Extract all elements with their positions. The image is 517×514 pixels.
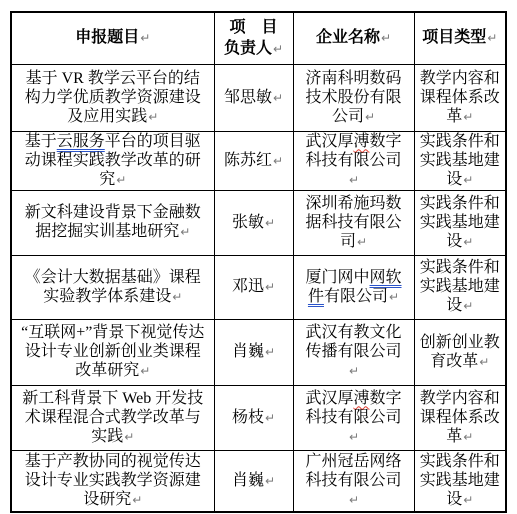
header-cell-type: 项目类型↵ bbox=[414, 12, 506, 64]
cell-title: 《会计大数据基础》课程实验教学体系建设↵ bbox=[11, 255, 214, 319]
text-segment: 杨枝 bbox=[232, 409, 264, 426]
text-segment: 教学内容和课程体系改革 bbox=[420, 70, 500, 125]
text-segment: 实践条件和实践基地建设 bbox=[420, 259, 500, 314]
text-segment: 济南科明数码技术股份有限公司 bbox=[305, 70, 401, 125]
paragraph-mark-icon: ↵ bbox=[365, 110, 375, 124]
cell-type: 实践条件和实践基地建设↵ bbox=[414, 255, 506, 319]
paragraph-mark-icon: ↵ bbox=[463, 430, 473, 444]
paragraph-mark-icon: ↵ bbox=[148, 110, 158, 124]
table-row: “互联网+”背景下视觉传达设计专业创新创业类课程改革研究↵肖巍↵武汉有教文化传播… bbox=[11, 319, 506, 385]
paragraph-mark-icon: ↵ bbox=[463, 299, 473, 313]
header-cell-leader: 项 目 负责人↵ bbox=[214, 12, 293, 64]
cell-leader: 邹思敏↵ bbox=[214, 64, 293, 131]
cell-company: 济南科明数码技术股份有限公司↵ bbox=[293, 64, 414, 131]
text-segment: 基于 bbox=[25, 133, 57, 150]
header-title-label: 申报题目 bbox=[75, 29, 139, 46]
text-segment: 基于 VR 教学云平台的结构力学优质教学资源建设及应用实践 bbox=[25, 70, 201, 125]
text-segment: 厦门网中 bbox=[305, 269, 369, 286]
paragraph-mark-icon: ↵ bbox=[140, 364, 150, 378]
cell-type: 实践条件和实践基地建设↵ bbox=[414, 190, 506, 255]
cell-company: 武汉有教文化传播有限公司↵ bbox=[293, 319, 414, 385]
paragraph-mark-icon: ↵ bbox=[265, 280, 275, 294]
cell-leader: 杨枝↵ bbox=[214, 385, 293, 450]
header-row: 申报题目↵ 项 目 负责人↵ 企业名称↵ 项目类型↵ bbox=[11, 12, 506, 64]
text-segment: 陈苏红 bbox=[224, 152, 272, 169]
cell-leader: 邓迅↵ bbox=[214, 255, 293, 319]
text-segment: 实践条件和实践基地建设 bbox=[420, 195, 500, 250]
text-segment: 武汉有教文化传播有限公司 bbox=[305, 324, 401, 360]
cell-leader: 陈苏红↵ bbox=[214, 131, 293, 190]
table-row: 《会计大数据基础》课程实验教学体系建设↵邓迅↵厦门网中网软件有限公司↵实践条件和… bbox=[11, 255, 506, 319]
paragraph-mark-icon: ↵ bbox=[349, 430, 359, 444]
text-segment: 基于产教协同的视觉传达设计专业实践教学资源建设研究 bbox=[25, 453, 201, 508]
header-leader-label: 项 目 负责人 bbox=[224, 19, 278, 57]
paragraph-mark-icon: ↵ bbox=[124, 430, 134, 444]
text-segment: 广州冠岳网络科技有限公司 bbox=[305, 453, 401, 489]
text-segment: 肖巍 bbox=[232, 343, 264, 360]
cell-type: 教学内容和课程体系改革↵ bbox=[414, 385, 506, 450]
cell-type: 实践条件和实践基地建设↵ bbox=[414, 450, 506, 512]
paragraph-mark-icon: ↵ bbox=[172, 290, 182, 304]
paragraph-mark-icon: ↵ bbox=[381, 31, 391, 45]
paragraph-mark-icon: ↵ bbox=[487, 31, 497, 45]
cell-company: 深圳希施玛数据科技有限公司↵ bbox=[293, 190, 414, 255]
paragraph-mark-icon: ↵ bbox=[273, 42, 283, 56]
paragraph-mark-icon: ↵ bbox=[463, 110, 473, 124]
text-segment: 深圳希施玛数据科技有限公司 bbox=[305, 195, 401, 250]
table-header: 申报题目↵ 项 目 负责人↵ 企业名称↵ 项目类型↵ bbox=[11, 12, 506, 64]
paragraph-mark-icon: ↵ bbox=[349, 173, 359, 187]
text-segment: 有限公司 bbox=[324, 288, 388, 305]
paragraph-mark-icon: ↵ bbox=[463, 493, 473, 507]
paragraph-mark-icon: ↵ bbox=[273, 154, 283, 168]
text-segment: 张敏 bbox=[232, 214, 264, 231]
paragraph-mark-icon: ↵ bbox=[479, 355, 489, 369]
underlined-text-segment: 溥 bbox=[353, 133, 369, 150]
text-segment: 邓迅 bbox=[232, 278, 264, 295]
table-row: 基于产教协同的视觉传达设计专业实践教学资源建设研究↵肖巍↵广州冠岳网络科技有限公… bbox=[11, 450, 506, 512]
paragraph-mark-icon: ↵ bbox=[116, 173, 126, 187]
header-cell-title: 申报题目↵ bbox=[11, 12, 214, 64]
cell-type: 实践条件和实践基地建设↵ bbox=[414, 131, 506, 190]
text-segment: 新工科背景下 Web 开发技术课程混合式教学改革与实践 bbox=[22, 390, 203, 445]
paragraph-mark-icon: ↵ bbox=[349, 493, 359, 507]
cell-title: 基于产教协同的视觉传达设计专业实践教学资源建设研究↵ bbox=[11, 450, 214, 512]
paragraph-mark-icon: ↵ bbox=[140, 31, 150, 45]
header-company-label: 企业名称 bbox=[316, 29, 380, 46]
projects-table: 申报题目↵ 项 目 负责人↵ 企业名称↵ 项目类型↵ 基于 VR 教学云平台的结… bbox=[10, 11, 507, 513]
table-row: 基于云服务平台的项目驱动课程实践教学改革的研究↵陈苏红↵武汉厚溥数字科技有限公司… bbox=[11, 131, 506, 190]
cell-title: 新文科建设背景下金融数据挖掘实训基地研究↵ bbox=[11, 190, 214, 255]
paragraph-mark-icon: ↵ bbox=[357, 235, 367, 249]
cell-title: 基于 VR 教学云平台的结构力学优质教学资源建设及应用实践↵ bbox=[11, 64, 214, 131]
paragraph-mark-icon: ↵ bbox=[273, 91, 283, 105]
paragraph-mark-icon: ↵ bbox=[463, 173, 473, 187]
paragraph-mark-icon: ↵ bbox=[180, 225, 190, 239]
cell-title: 新工科背景下 Web 开发技术课程混合式教学改革与实践↵ bbox=[11, 385, 214, 450]
text-segment: 新文科建设背景下金融数据挖掘实训基地研究 bbox=[25, 204, 201, 240]
paragraph-mark-icon: ↵ bbox=[265, 216, 275, 230]
cell-company: 武汉厚溥数字科技有限公司↵ bbox=[293, 385, 414, 450]
text-segment: 实践条件和实践基地建设 bbox=[420, 453, 500, 508]
table-row: 新工科背景下 Web 开发技术课程混合式教学改革与实践↵杨枝↵武汉厚溥数字科技有… bbox=[11, 385, 506, 450]
text-segment: 肖巍 bbox=[232, 472, 264, 489]
cell-leader: 张敏↵ bbox=[214, 190, 293, 255]
paragraph-mark-icon: ↵ bbox=[349, 364, 359, 378]
paragraph-mark-icon: ↵ bbox=[463, 235, 473, 249]
table-row: 基于 VR 教学云平台的结构力学优质教学资源建设及应用实践↵邹思敏↵济南科明数码… bbox=[11, 64, 506, 131]
cell-type: 教学内容和课程体系改革↵ bbox=[414, 64, 506, 131]
cell-company: 广州冠岳网络科技有限公司↵ bbox=[293, 450, 414, 512]
cell-leader: 肖巍↵ bbox=[214, 450, 293, 512]
table-row: 新文科建设背景下金融数据挖掘实训基地研究↵张敏↵深圳希施玛数据科技有限公司↵实践… bbox=[11, 190, 506, 255]
text-segment: 实践条件和实践基地建设 bbox=[420, 133, 500, 188]
paragraph-mark-icon: ↵ bbox=[389, 290, 399, 304]
cell-title: “互联网+”背景下视觉传达设计专业创新创业类课程改革研究↵ bbox=[11, 319, 214, 385]
underlined-text-segment: 云服务 bbox=[57, 133, 105, 150]
paragraph-mark-icon: ↵ bbox=[265, 474, 275, 488]
text-segment: “互联网+”背景下视觉传达设计专业创新创业类课程改革研究 bbox=[21, 324, 204, 379]
cell-type: 创新创业教育改革↵ bbox=[414, 319, 506, 385]
text-segment: 武汉厚 bbox=[305, 390, 353, 407]
cell-title: 基于云服务平台的项目驱动课程实践教学改革的研究↵ bbox=[11, 131, 214, 190]
cell-leader: 肖巍↵ bbox=[214, 319, 293, 385]
header-cell-company: 企业名称↵ bbox=[293, 12, 414, 64]
paragraph-mark-icon: ↵ bbox=[265, 345, 275, 359]
paragraph-mark-icon: ↵ bbox=[265, 411, 275, 425]
table-body: 基于 VR 教学云平台的结构力学优质教学资源建设及应用实践↵邹思敏↵济南科明数码… bbox=[11, 64, 506, 512]
cell-company: 武汉厚溥数字科技有限公司↵ bbox=[293, 131, 414, 190]
underlined-text-segment: 溥 bbox=[353, 390, 369, 407]
paragraph-mark-icon: ↵ bbox=[132, 493, 142, 507]
text-segment: 武汉厚 bbox=[305, 133, 353, 150]
header-type-label: 项目类型 bbox=[422, 29, 486, 46]
text-segment: 邹思敏 bbox=[224, 89, 272, 106]
text-segment: 教学内容和课程体系改革 bbox=[420, 390, 500, 445]
cell-company: 厦门网中网软件有限公司↵ bbox=[293, 255, 414, 319]
